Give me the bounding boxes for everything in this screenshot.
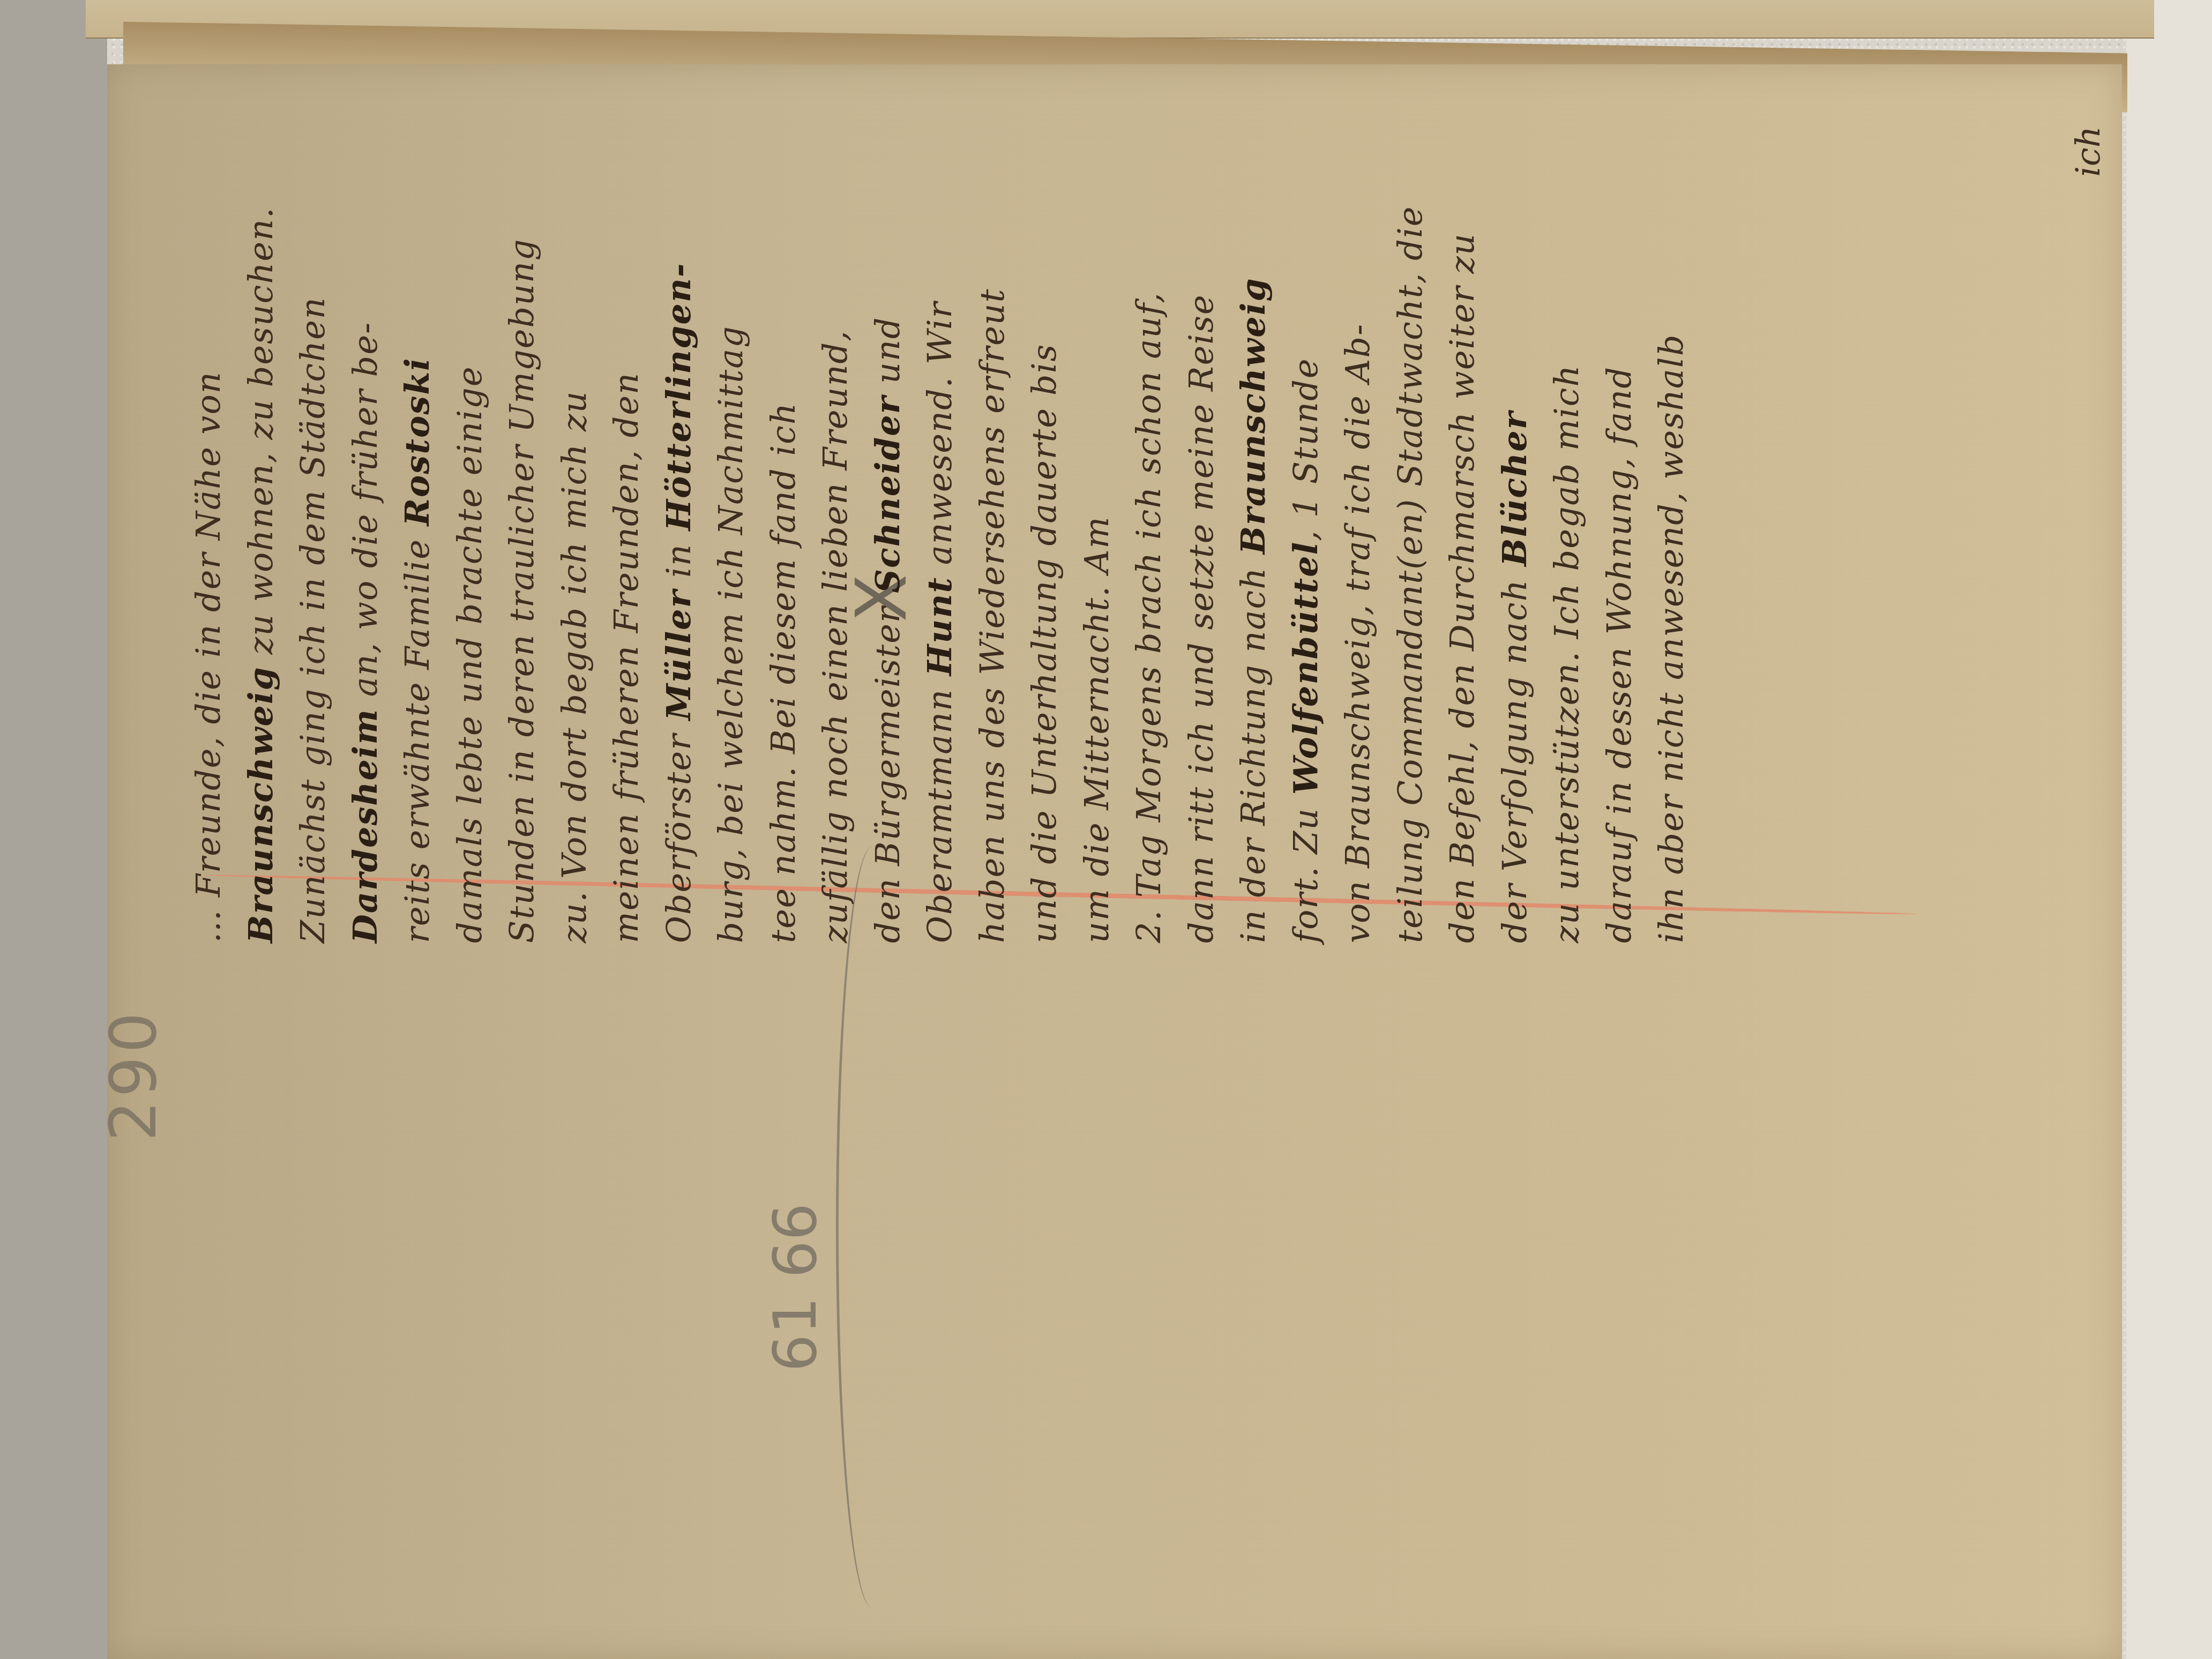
text-line: meinen früheren Freunden, den xyxy=(600,107,653,943)
text-line: reits erwähnte Familie Rostoski xyxy=(391,107,444,943)
text-line: den Bürgermeister Schneider und xyxy=(862,107,914,943)
text-line: burg, bei welchem ich Nachmittag xyxy=(705,107,757,943)
text-line: … Freunde, die in der Nähe von xyxy=(182,107,235,943)
text-line: 2. Tag Morgens brach ich schon auf, xyxy=(1123,107,1175,943)
text-line: Braunschweig zu wohnen, zu besuchen. xyxy=(235,107,287,943)
text-line: Oberförster Müller in Hötterlingen- xyxy=(653,107,705,943)
person-name: Blücher xyxy=(1495,411,1534,579)
place-name: Braunschweig xyxy=(241,666,280,943)
text-line: darauf in dessen Wohnung, fand xyxy=(1593,107,1646,943)
text-line: von Braunschweig, traf ich die Ab- xyxy=(1332,107,1384,943)
text-line: damals lebte und brachte einige xyxy=(444,107,496,943)
person-name: Hunt xyxy=(920,577,959,689)
text-line: dann ritt ich und setzte meine Reise xyxy=(1175,107,1228,943)
background-fabric-left xyxy=(0,0,107,1659)
text-line: in der Richtung nach Braunschweig xyxy=(1227,107,1280,943)
folio-number: 290 xyxy=(96,1009,171,1141)
text-line: um die Mitternacht. Am xyxy=(1071,107,1123,943)
pencil-annotation: 61 66 xyxy=(761,1203,829,1372)
text-line: zufällig noch einen lieben Freund, xyxy=(809,107,862,943)
text-line: Dardesheim an, wo die früher be- xyxy=(339,107,392,943)
person-name: Rostoski xyxy=(398,357,437,539)
text-line: teilung Commandant(en) Stadtwacht, die xyxy=(1384,107,1437,943)
text-line: den Befehl, den Durchmarsch weiter zu xyxy=(1436,107,1489,943)
text-line: fort. Zu Wolfenbüttel, 1 Stunde xyxy=(1280,107,1332,943)
place-name: Dardesheim xyxy=(346,708,385,943)
person-name: Müller xyxy=(659,589,698,734)
place-name: Braunschweig xyxy=(1234,277,1273,566)
text-line: ihn aber nicht anwesend, weshalb xyxy=(1645,107,1698,943)
place-name: Hötterlingen- xyxy=(659,262,698,543)
text-line: Oberamtmann Hunt anwesend. Wir xyxy=(914,107,966,943)
place-name: Wolfenbüttel xyxy=(1286,541,1325,808)
pencil-bracket-curve xyxy=(836,847,908,1608)
background-fabric-right xyxy=(2126,0,2212,1659)
person-name: Schneider xyxy=(868,395,907,606)
text-line: Zunächst ging ich in dem Städtchen xyxy=(287,107,339,943)
text-line: Stunden in deren traulicher Umgebung xyxy=(496,107,548,943)
text-line: und die Unterhaltung dauerte bis xyxy=(1018,107,1071,943)
handwritten-text-block: … Freunde, die in der Nähe von Braunschw… xyxy=(182,107,2058,943)
text-line: haben uns des Wiedersehens erfreut xyxy=(966,107,1019,943)
catchword: ich xyxy=(2068,126,2108,177)
text-line: zu. Von dort begab ich mich zu xyxy=(548,107,601,943)
text-line: zu unterstützen. Ich begab mich xyxy=(1541,107,1593,943)
text-line: tee nahm. Bei diesem fand ich xyxy=(757,107,810,943)
text-line: der Verfolgung nach Blücher xyxy=(1489,107,1541,943)
